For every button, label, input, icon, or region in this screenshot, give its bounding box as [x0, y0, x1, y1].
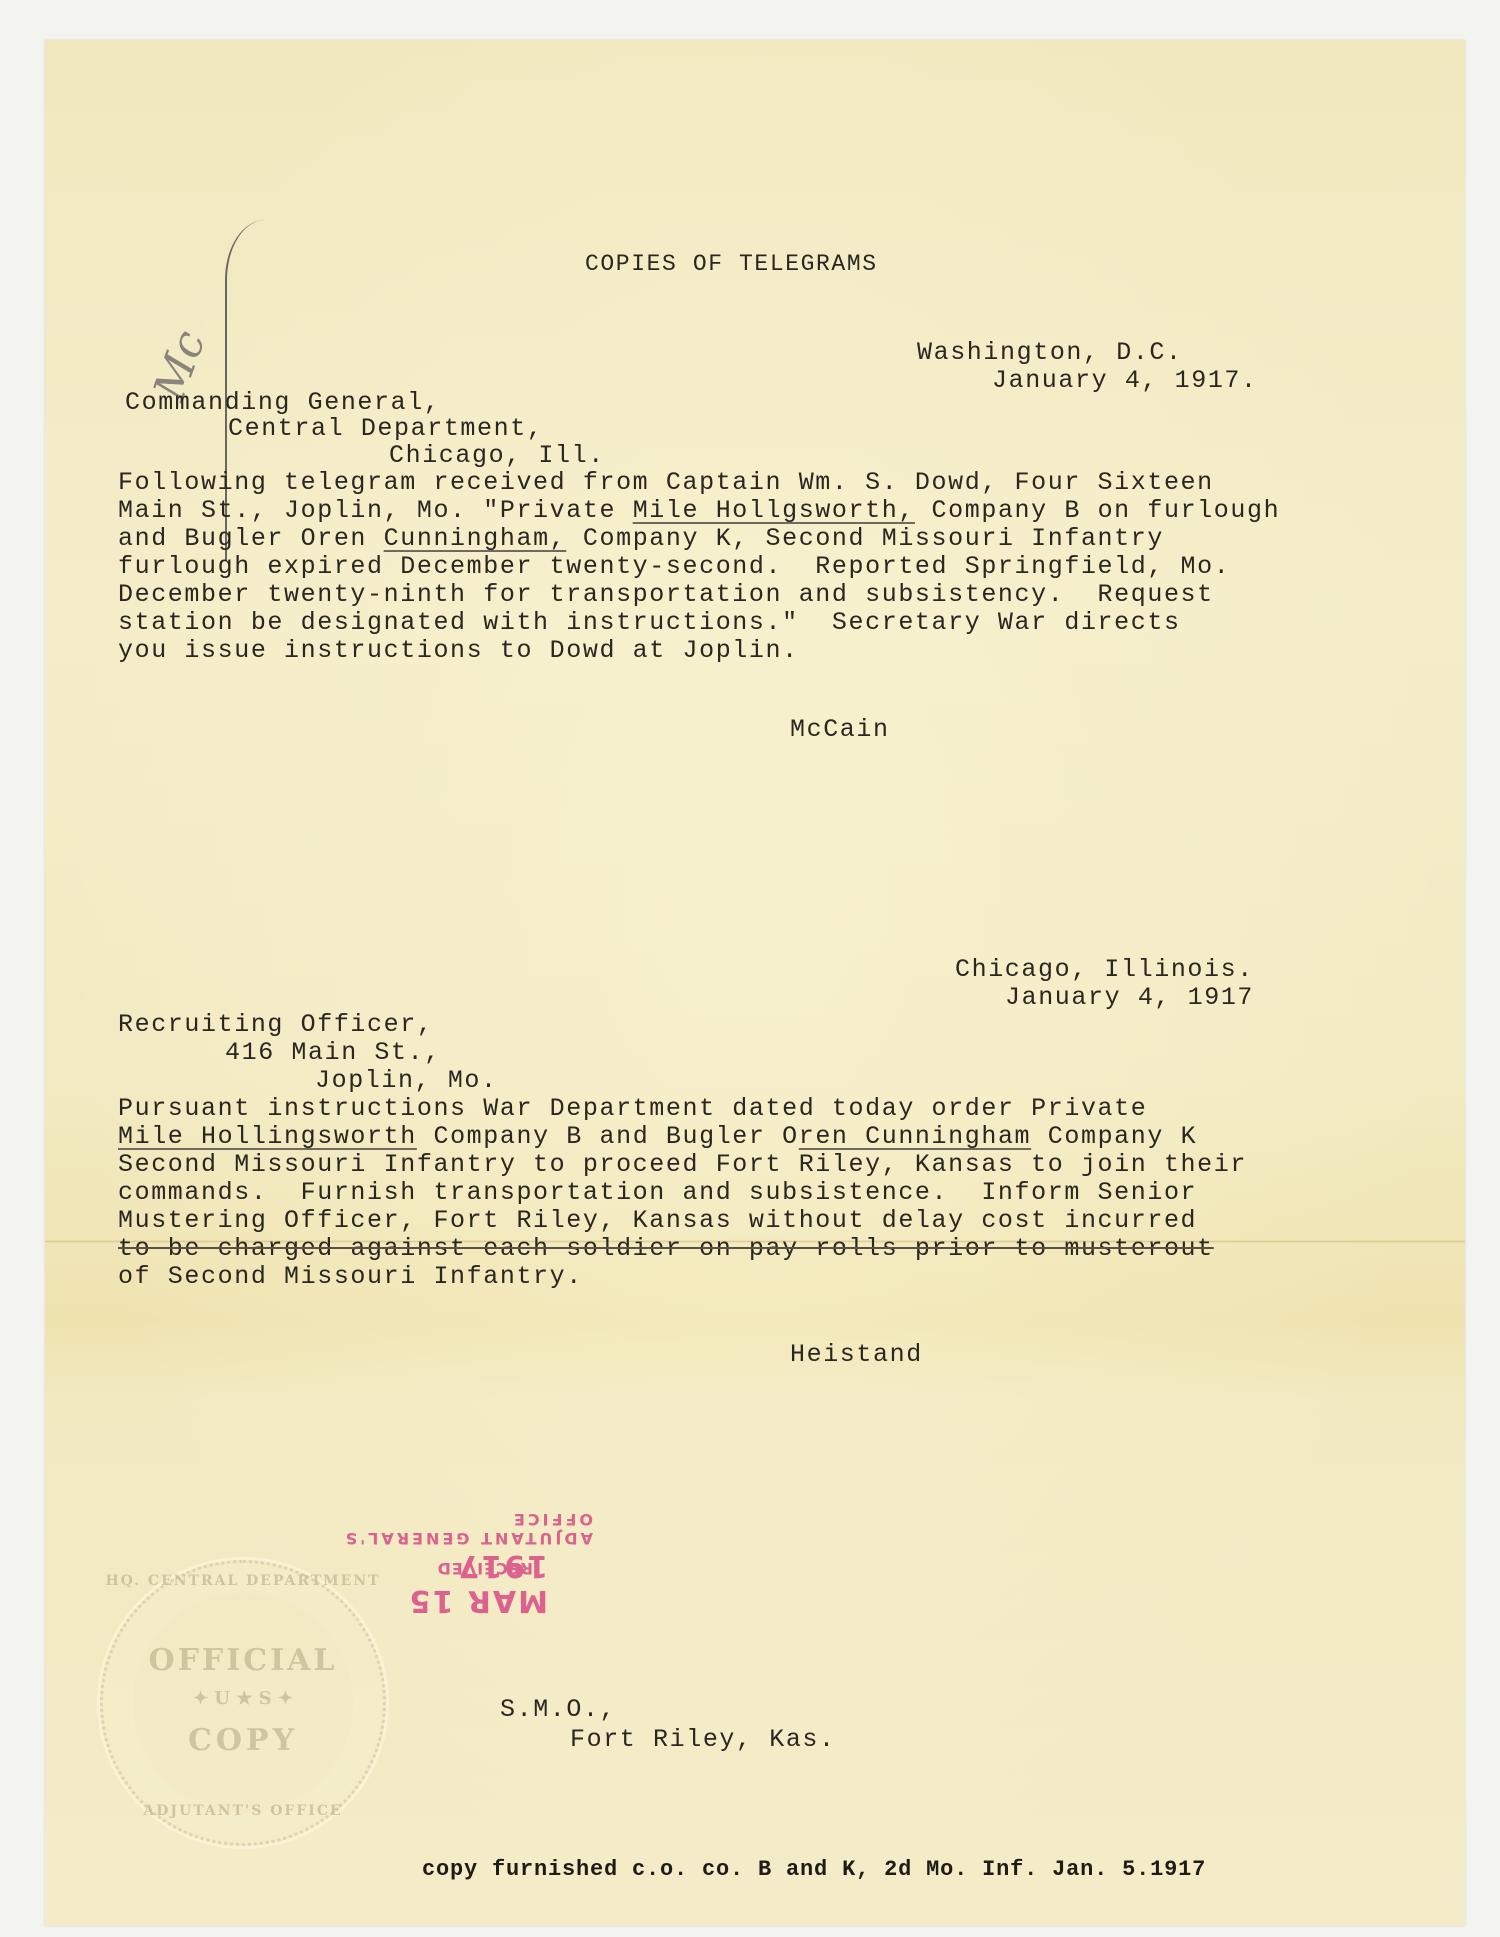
seal-top-text: HQ. CENTRAL DEPARTMENT — [103, 1573, 383, 1589]
body-line: you issue instructions to Dowd at Joplin… — [118, 636, 799, 665]
body-line: December twenty-ninth for transportation… — [118, 580, 1214, 609]
telegram-1-addressee-line-3: Chicago, Ill. — [389, 441, 605, 470]
body-text: and Bugler Oren — [118, 524, 384, 553]
embossed-official-seal: HQ. CENTRAL DEPARTMENT OFFICIAL ✦ U ★ S … — [100, 1560, 386, 1846]
telegram-1-addressee-line-1: Commanding General, — [125, 388, 440, 417]
body-line: furlough expired December twenty-second.… — [118, 552, 1230, 581]
telegram-1-addressee-line-2: Central Department, — [228, 414, 543, 443]
cc-addressee-line-2: Fort Riley, Kas. — [570, 1725, 836, 1754]
underlined-name: Cunningham, — [384, 524, 567, 553]
seal-bottom-text: ADJUTANT'S OFFICE — [103, 1803, 383, 1819]
cc-addressee-line-1: S.M.O., — [500, 1695, 616, 1724]
body-line: Following telegram received from Captain… — [118, 468, 1214, 497]
telegram-2-date: January 4, 1917 — [1005, 983, 1254, 1012]
body-line: and Bugler Oren Cunningham, Company K, S… — [118, 524, 1164, 553]
body-line: Mustering Officer, Fort Riley, Kansas wi… — [118, 1206, 1197, 1235]
telegram-1-place: Washington, D.C. — [917, 338, 1183, 367]
body-line: Main St., Joplin, Mo. "Private Mile Holl… — [118, 496, 1280, 525]
body-line: of Second Missouri Infantry. — [118, 1262, 583, 1291]
telegram-2-signature: Heistand — [790, 1340, 923, 1369]
body-text: Company B on furlough — [915, 496, 1280, 525]
seal-star-icon: ✦ U ★ S ✦ — [103, 1688, 383, 1709]
document-page: Mc COPIES OF TELEGRAMS Washington, D.C. … — [45, 40, 1465, 1926]
underlined-name: Mile Hollgsworth, — [633, 496, 915, 525]
body-line: commands. Furnish transportation and sub… — [118, 1178, 1197, 1207]
body-line: Mile Hollingsworth Company B and Bugler … — [118, 1122, 1197, 1151]
document-title: COPIES OF TELEGRAMS — [585, 250, 878, 279]
body-line-struck: to be charged against each soldier on pa… — [118, 1234, 1214, 1263]
telegram-1-signature: McCain — [790, 715, 890, 744]
telegram-2-addressee-line-1: Recruiting Officer, — [118, 1010, 433, 1039]
body-text: Company K, Second Missouri Infantry — [566, 524, 1164, 553]
body-line: Second Missouri Infantry to proceed Fort… — [118, 1150, 1247, 1179]
telegram-2-addressee-line-2: 416 Main St., — [225, 1038, 441, 1067]
underlined-name: Mile Hollingsworth — [118, 1122, 417, 1151]
underlined-name: ren Cunningham — [799, 1122, 1031, 1151]
body-line: Pursuant instructions War Department dat… — [118, 1094, 1147, 1123]
seal-copy-text: COPY — [103, 1723, 383, 1758]
seal-official-text: OFFICIAL — [103, 1643, 383, 1678]
telegram-2-addressee-line-3: Joplin, Mo. — [315, 1066, 498, 1095]
body-text: Company B and Bugler O — [417, 1122, 799, 1151]
telegram-1-date: January 4, 1917. — [992, 366, 1258, 395]
stamp-ring-text: ADJUTANT GENERAL'S OFFICE — [313, 1510, 593, 1548]
footer-copy-furnished-note: copy furnished c.o. co. B and K, 2d Mo. … — [422, 1855, 1206, 1884]
body-text: Company K — [1031, 1122, 1197, 1151]
telegram-2-place: Chicago, Illinois. — [955, 955, 1254, 984]
body-text: Main St., Joplin, Mo. "Private — [118, 496, 633, 525]
body-line: station be designated with instructions.… — [118, 608, 1181, 637]
